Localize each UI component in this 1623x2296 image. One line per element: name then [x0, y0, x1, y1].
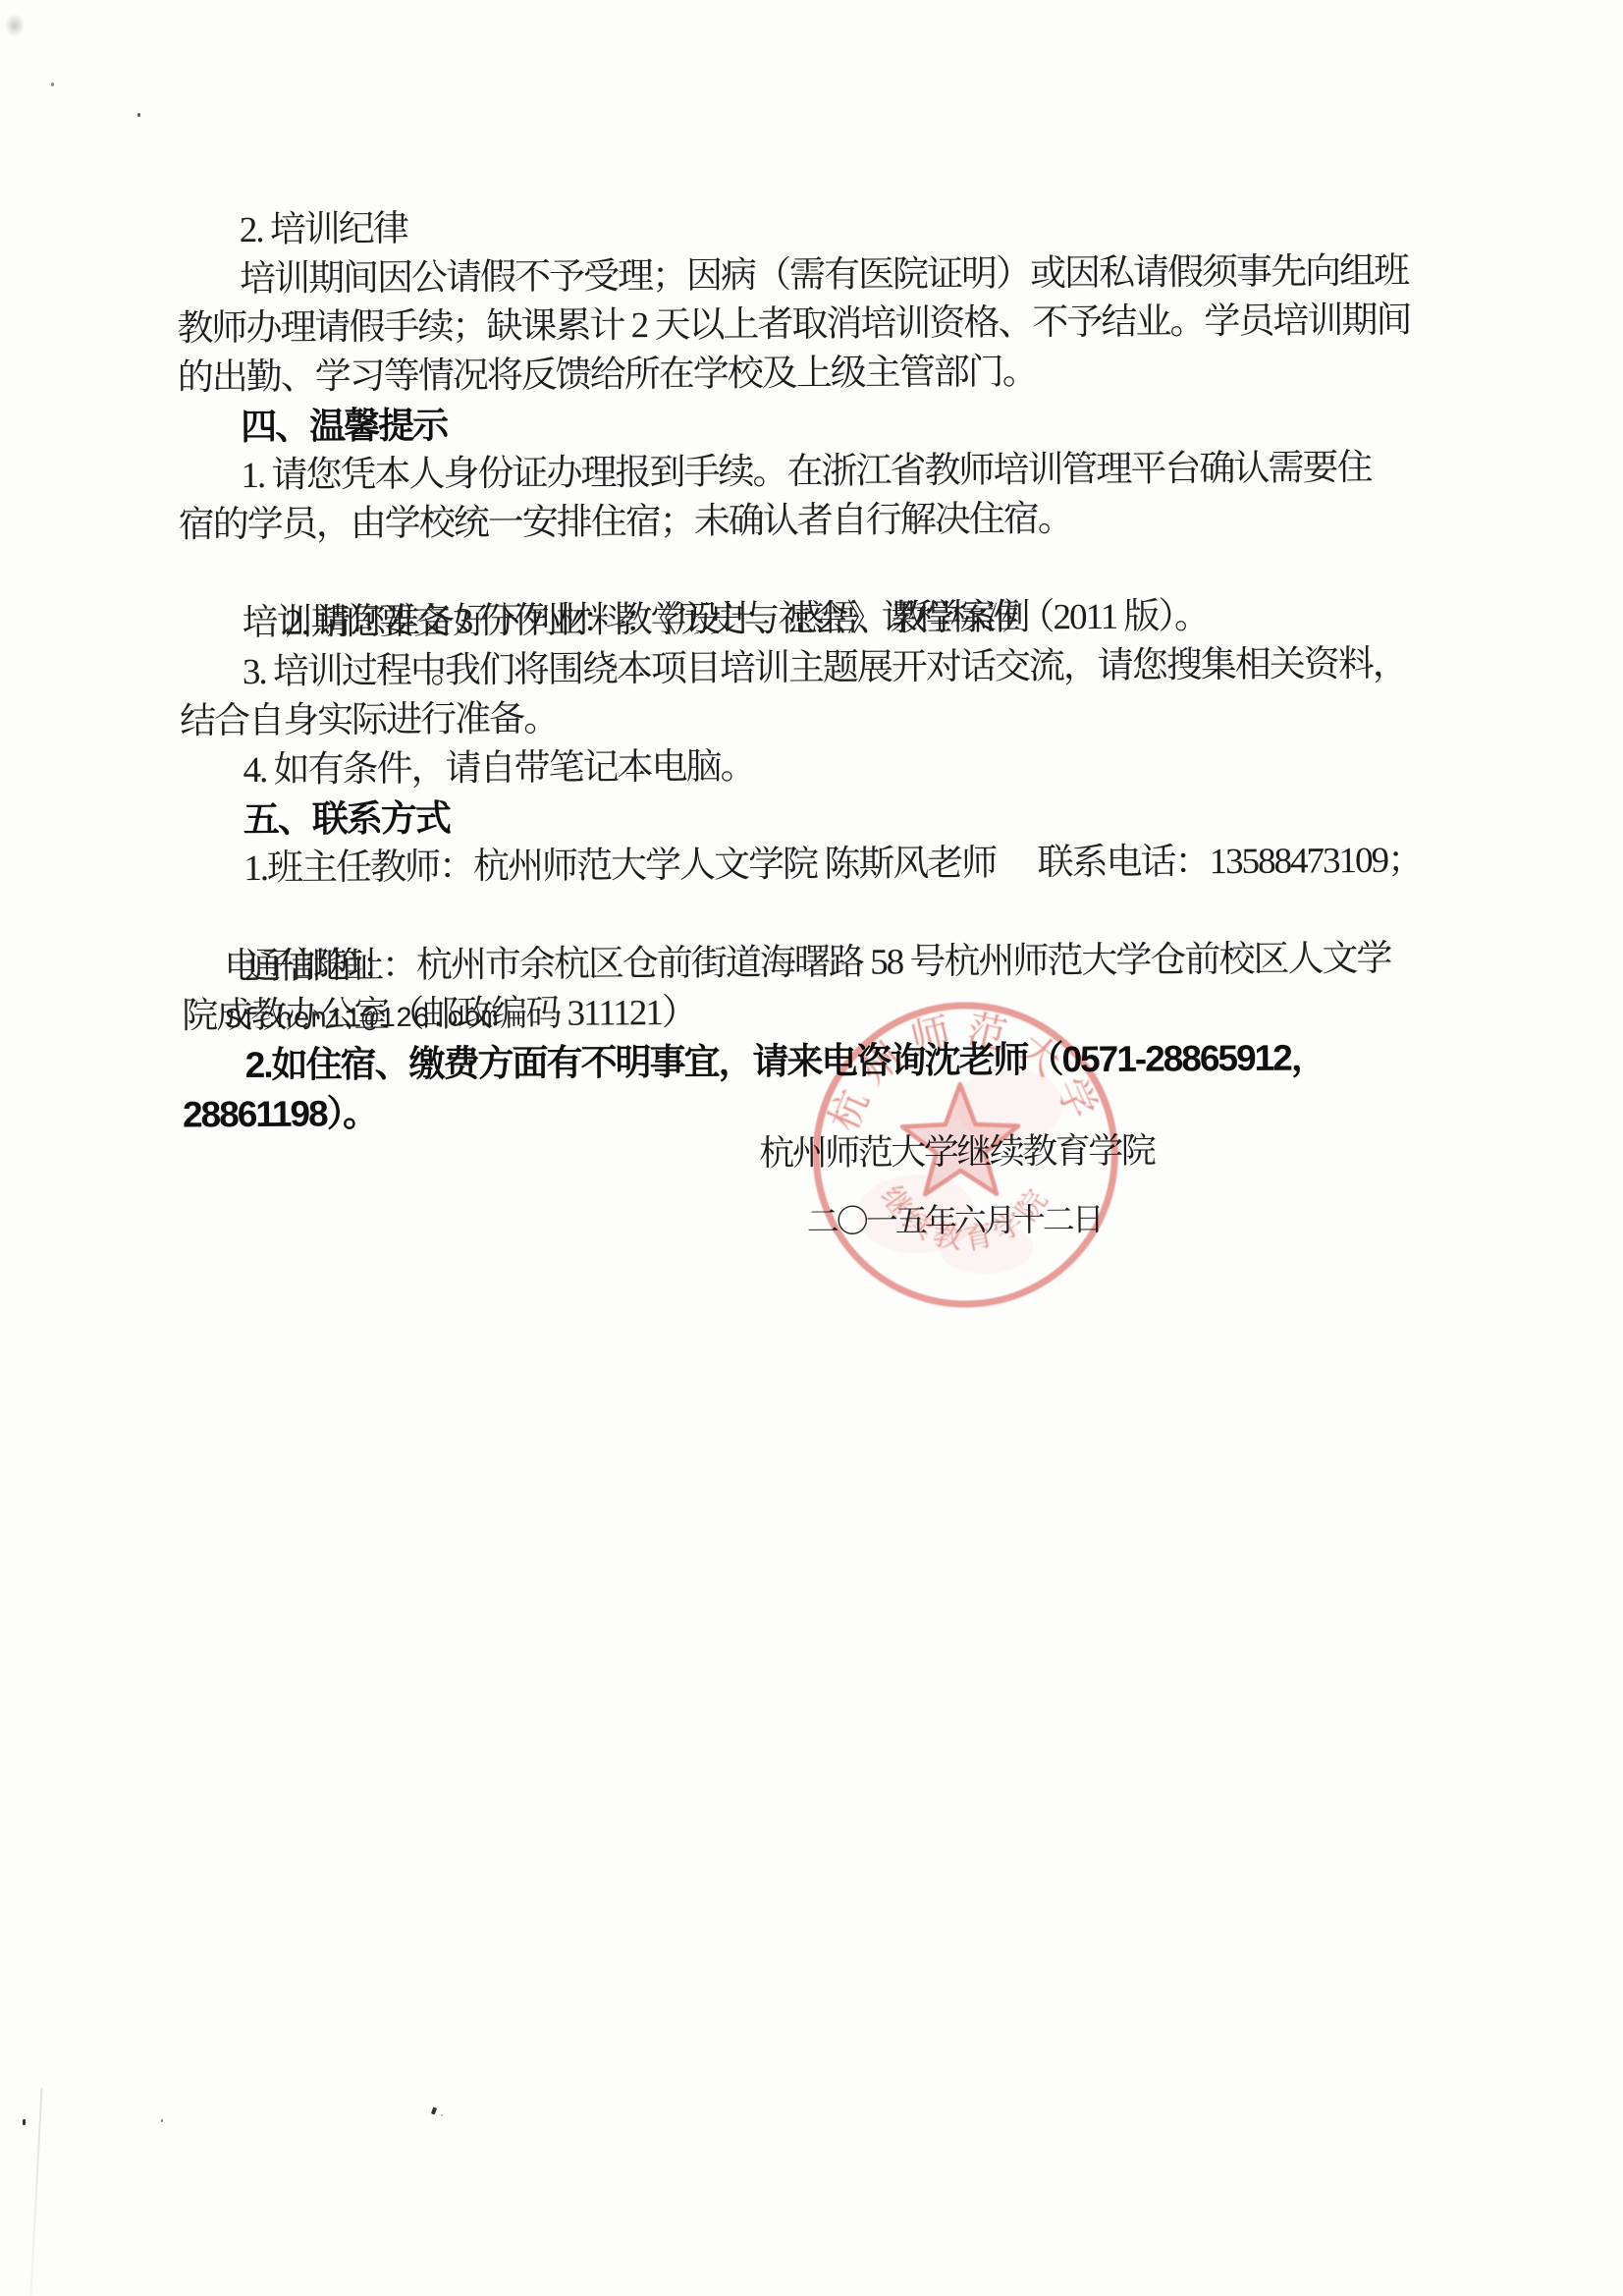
scan-smudge [5, 14, 25, 37]
doc-line: 宿的学员，由学校统一安排住宿；未确认者自行解决住宿。 [179, 493, 1416, 551]
scan-speck [137, 113, 140, 117]
scan-speck [23, 2119, 26, 2125]
scanned-document-page: { "document": { "lines": [ {"text": "2. … [0, 0, 1623, 2296]
doc-line: 2. 培训纪律 [177, 198, 1414, 256]
doc-line: 3. 培训过程中我们将围绕本项目培训主题展开对话交流，请您搜集相关资料， [180, 640, 1417, 698]
official-seal-stamp: 杭州师范大学 继续教育学院 [797, 987, 1133, 1323]
scan-speck [161, 2119, 163, 2122]
doc-line: 1. 请您凭本人身份证办理报到手续。在浙江省教师培训管理平台确认需要住 [178, 444, 1415, 502]
doc-line: 的出勤、学习等情况将反馈给所在学校及上级主管部门。 [178, 346, 1415, 404]
scan-speck [51, 82, 54, 86]
doc-line: 1.班主任教师：杭州师范大学人文学院 陈斯风老师 联系电话：1358847310… [181, 837, 1418, 895]
doc-line: 结合自身实际进行准备。 [180, 689, 1417, 747]
doc-line-email: 电子邮箱： Sfchen11@126.com [181, 886, 1418, 944]
doc-line: 培训期间要交 3 份作业：教学设计、感悟、教学案例 [179, 591, 1416, 649]
scan-speck [441, 2114, 443, 2116]
doc-line: 培训期间因公请假不予受理；因病（需有医院证明）或因私请假须事先向组班 [177, 247, 1414, 305]
doc-line: 通信地址：杭州市余杭区仓前街道海曙路 58 号杭州师范大学仓前校区人文学 [182, 935, 1419, 993]
doc-line: 4. 如有条件，请自带笔记本电脑。 [180, 738, 1417, 796]
section-heading-four: 四、温馨提示 [178, 395, 1415, 453]
doc-line: 教师办理请假手续；缺课累计 2 天以上者取消培训资格、不予结业。学员培训期间 [177, 297, 1414, 355]
section-heading-five: 五、联系方式 [181, 788, 1418, 846]
scan-content: 2. 培训纪律 培训期间因公请假不予受理；因病（需有医院证明）或因私请假须事先向… [0, 0, 1623, 2296]
doc-line: 2. 请您准备好下列材料：《历史与社会》课程标准（2011 版）。 。 [179, 542, 1416, 600]
